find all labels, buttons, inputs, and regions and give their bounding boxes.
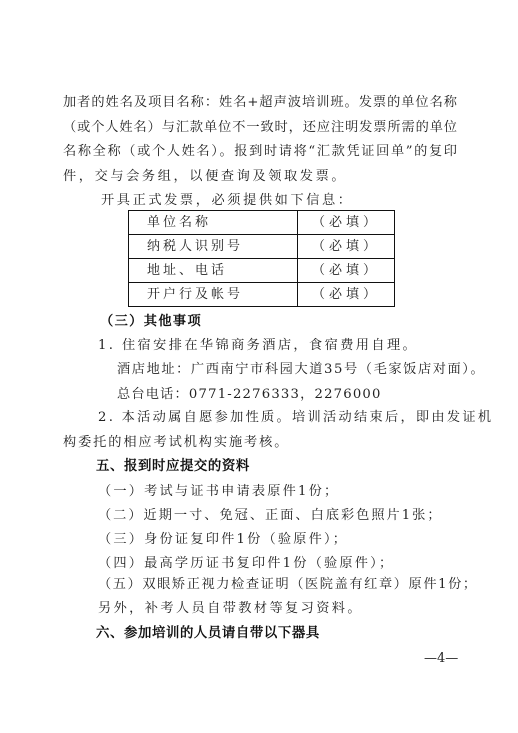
list-item: （二）近期一寸、免冠、正面、白底彩色照片1张；	[98, 507, 443, 525]
paragraph-line: 名称全称（或个人姓名）。报到时请将“汇款凭证回单”的复印	[63, 143, 457, 161]
table-cell-field: 地址、电话	[129, 259, 298, 283]
document-page: 加者的姓名及项目名称：姓名+超声波培训班。发票的单位名称 （或个人姓名）与汇款单…	[0, 0, 518, 733]
table-cell-required: （必填）	[298, 211, 395, 235]
table-row: 地址、电话 （必填）	[129, 259, 395, 283]
section-heading-five: 五、报到时应提交的资料	[96, 458, 250, 476]
paragraph-line: 加者的姓名及项目名称：姓名+超声波培训班。发票的单位名称	[63, 94, 457, 112]
hotel-address: 酒店地址：广西南宁市科园大道35号（毛家饭店对面）。	[117, 361, 485, 379]
list-item: （一）考试与证书申请表原件1份；	[98, 483, 339, 501]
table-cell-required: （必填）	[298, 259, 395, 283]
item-accommodation: 1. 住宿安排在华锦商务酒店，食宿费用自理。	[98, 337, 418, 355]
table-cell-field: 纳税人识别号	[129, 235, 298, 259]
paragraph-line: 件，交与会务组，以便查询及领取发票。	[63, 168, 347, 186]
paragraph-line: （或个人姓名）与汇款单位不一致时，还应注明发票所需的单位	[63, 119, 457, 137]
front-desk-phone: 总台电话：0771-2276333，2276000	[117, 386, 382, 404]
table-cell-field: 开户行及帐号	[129, 283, 298, 307]
item-voluntary: 2. 本活动属自愿参加性质。培训活动结束后，即由发证机	[98, 409, 493, 427]
table-row: 开户行及帐号 （必填）	[129, 283, 395, 307]
list-item: （四）最高学历证书复印件1份（验原件）；	[98, 555, 394, 573]
section-heading-six: 六、参加培训的人员请自带以下器具	[96, 625, 320, 643]
invoice-intro: 开具正式发票，必须提供如下信息：	[101, 192, 354, 210]
page-number: —4—	[424, 651, 458, 667]
list-item: （五）双眼矫正视力检查证明（医院盖有红章）原件1份；	[98, 576, 478, 594]
table-cell-required: （必填）	[298, 235, 395, 259]
table-cell-field: 单位名称	[129, 211, 298, 235]
invoice-info-table: 单位名称 （必填） 纳税人识别号 （必填） 地址、电话 （必填） 开户行及帐号 …	[128, 210, 395, 307]
item-voluntary-cont: 构委托的相应考试机构实施考核。	[63, 434, 289, 452]
section-heading-other: （三）其他事项	[100, 313, 202, 331]
list-item: （三）身份证复印件1份（验原件）；	[98, 531, 348, 549]
supplementary-note: 另外，补考人员自带教材等复习资料。	[98, 600, 363, 618]
table-row: 纳税人识别号 （必填）	[129, 235, 395, 259]
table-cell-required: （必填）	[298, 283, 395, 307]
table-row: 单位名称 （必填）	[129, 211, 395, 235]
